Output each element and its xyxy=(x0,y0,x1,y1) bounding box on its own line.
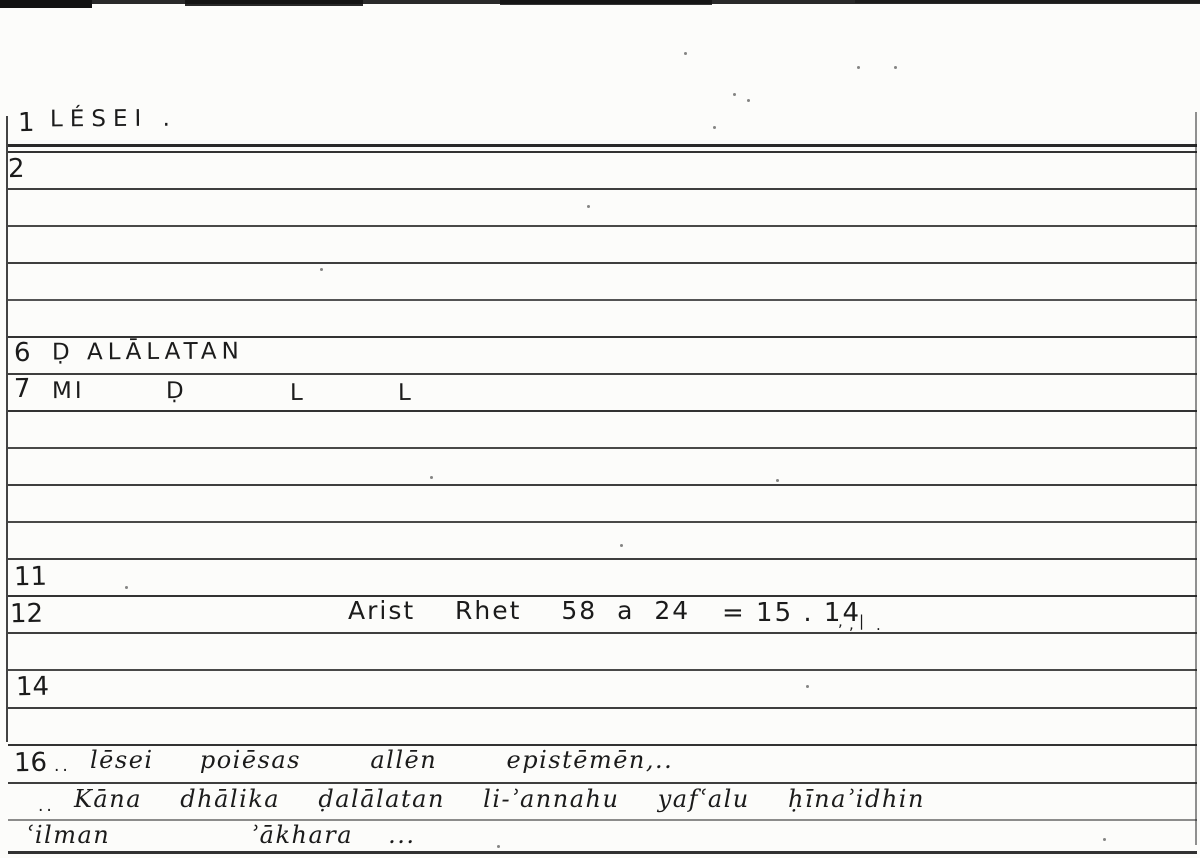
scanned-index-card: 1 LÉSEI . 2 6 Ḍ ALĀLATAN 7 MI Ḍ L L 11 1… xyxy=(0,0,1200,858)
line-number-11: 11 xyxy=(14,562,48,593)
ruled-line xyxy=(8,595,1197,597)
scan-speck xyxy=(1103,838,1106,841)
scan-speck xyxy=(747,99,750,102)
scan-speck xyxy=(620,544,623,547)
scan-edge-blob xyxy=(0,0,92,8)
ruled-line xyxy=(8,151,1197,153)
ruled-line xyxy=(8,558,1197,560)
stray-mark: , xyxy=(838,614,843,629)
scan-speck xyxy=(806,685,809,688)
scan-speck xyxy=(894,66,897,69)
stray-mark: | xyxy=(859,614,864,629)
line-number-6: 6 xyxy=(14,338,31,368)
ruled-line xyxy=(8,707,1197,709)
scan-speck xyxy=(857,66,860,69)
scan-speck xyxy=(587,205,590,208)
entry-lesei: LÉSEI . xyxy=(50,104,177,135)
ruled-line xyxy=(8,851,1197,854)
scan-speck xyxy=(713,126,716,129)
ruled-line xyxy=(8,484,1197,486)
scan-speck xyxy=(430,476,433,479)
entry-l-abbrev: L xyxy=(398,378,418,408)
ruled-line xyxy=(8,410,1197,412)
scan-speck xyxy=(320,268,323,271)
ruled-line xyxy=(8,782,1197,784)
scan-speck xyxy=(125,586,128,589)
line-number-12: 12 xyxy=(10,599,44,630)
scan-speck xyxy=(497,845,500,848)
greek-transliteration-line: lēsei poiēsas allēn epistēmēn,.. xyxy=(90,744,673,776)
ruled-line xyxy=(8,299,1197,301)
ruled-line xyxy=(8,819,1197,821)
ruled-line xyxy=(8,632,1197,634)
scan-edge-segment xyxy=(185,0,363,6)
ruled-line xyxy=(8,521,1197,523)
ruled-line xyxy=(8,373,1197,375)
ruled-line xyxy=(8,744,1197,746)
ruled-line xyxy=(8,669,1197,671)
entry-l-abbrev: L xyxy=(290,378,310,408)
entry-dalalatan: Ḍ ALĀLATAN xyxy=(52,336,244,367)
ruled-line xyxy=(8,144,1197,147)
arabic-transliteration-line-2: ʿilman ʾākhara ... xyxy=(26,819,416,851)
scan-speck xyxy=(733,93,736,96)
right-edge-line xyxy=(1195,112,1197,845)
stray-mark: , xyxy=(849,617,854,632)
ruled-line xyxy=(8,188,1197,190)
stray-mark: . xyxy=(876,618,881,633)
entry-mi: MI xyxy=(52,376,85,406)
lead-dots: .. xyxy=(38,796,55,816)
ruled-line xyxy=(8,336,1197,338)
ruled-line xyxy=(8,262,1197,264)
scan-edge-segment xyxy=(500,0,712,5)
scan-speck xyxy=(776,479,779,482)
line-number-7: 7 xyxy=(14,374,31,404)
line-number-2: 2 xyxy=(8,154,25,184)
line-number-1: 1 xyxy=(18,108,35,138)
lead-dots: .. xyxy=(54,756,71,776)
arabic-transliteration-line: Kāna dhālika ḍalālatan li-ʾannahu yafʿal… xyxy=(74,783,925,815)
scan-speck xyxy=(684,52,687,55)
left-margin-line xyxy=(6,116,8,742)
line-number-16: 16 xyxy=(14,748,48,779)
ruled-line xyxy=(8,447,1197,449)
entry-d-abbrev: Ḍ xyxy=(166,376,191,406)
ruled-line xyxy=(8,225,1197,227)
line-number-14: 14 xyxy=(16,672,50,703)
scan-edge-segment xyxy=(855,0,1200,3)
citation-arist-rhet: Arist Rhet 58 a 24 xyxy=(348,596,690,626)
